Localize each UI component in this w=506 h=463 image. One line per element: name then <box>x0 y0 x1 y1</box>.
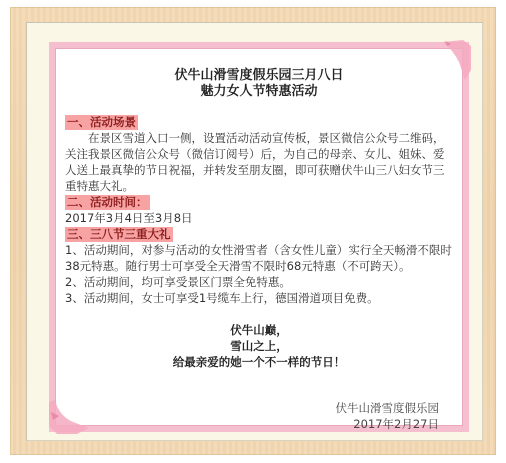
section-heading: 一、活动场景 <box>65 115 138 130</box>
signature-date: 2017年2月27日 <box>65 416 439 432</box>
section-heading: 二、活动时间： <box>65 195 150 210</box>
poster-content: 伏牛山滑雪度假乐园三月八日 魅力女人节特惠活动 一、活动场景 在景区雪道入口一侧… <box>65 68 453 432</box>
slogan-line: 雪山之上， <box>65 338 453 354</box>
slogan: 伏牛山巅， 雪山之上， 给最亲爱的她一个不一样的节日！ <box>65 322 453 370</box>
title-block: 伏牛山滑雪度假乐园三月八日 魅力女人节特惠活动 <box>65 68 453 100</box>
slogan-line: 给最亲爱的她一个不一样的节日！ <box>65 354 453 370</box>
title-line-1: 伏牛山滑雪度假乐园三月八日 <box>65 68 453 84</box>
signature-organization: 伏牛山滑雪度假乐园 <box>65 400 439 416</box>
title-line-2: 魅力女人节特惠活动 <box>65 84 453 100</box>
frame-mat: 伏牛山滑雪度假乐园三月八日 魅力女人节特惠活动 一、活动场景 在景区雪道入口一侧… <box>26 22 483 441</box>
section-time: 二、活动时间： 2017年3月4日至3月8日 <box>65 194 453 226</box>
picture-frame: 伏牛山滑雪度假乐园三月八日 魅力女人节特惠活动 一、活动场景 在景区雪道入口一侧… <box>10 7 496 455</box>
signature: 伏牛山滑雪度假乐园 2017年2月27日 <box>65 400 453 432</box>
section-paragraph: 在景区雪道入口一侧，设置活动活动宣传板，景区微信公众号二维码，关注我景区微信公众… <box>65 130 453 194</box>
section-paragraph: 1、活动期间，对参与活动的女性滑雪者（含女性儿童）实行全天畅滑不限时38元特惠。… <box>65 242 453 274</box>
section-scene: 一、活动场景 在景区雪道入口一侧，设置活动活动宣传板，景区微信公众号二维码，关注… <box>65 114 453 194</box>
poster-card: 伏牛山滑雪度假乐园三月八日 魅力女人节特惠活动 一、活动场景 在景区雪道入口一侧… <box>49 42 469 432</box>
section-heading: 三、三八节三重大礼 <box>65 227 173 242</box>
section-paragraph: 2017年3月4日至3月8日 <box>65 210 453 226</box>
slogan-line: 伏牛山巅， <box>65 322 453 338</box>
section-paragraph: 3、活动期间，女士可享受1号缆车上行，德国滑道项目免费。 <box>65 290 453 306</box>
section-paragraph: 2、活动期间，均可享受景区门票全免特惠。 <box>65 274 453 290</box>
section-gifts: 三、三八节三重大礼 1、活动期间，对参与活动的女性滑雪者（含女性儿童）实行全天畅… <box>65 226 453 306</box>
